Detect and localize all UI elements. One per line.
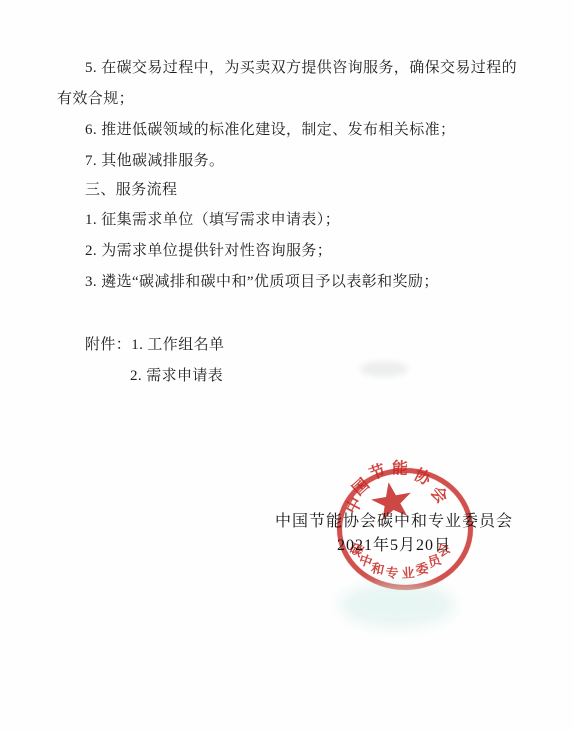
seal-bottom-char: 专 [385,562,399,582]
signature-org: 中国节能协会碳中和专业委员会 [254,508,534,531]
document-page: 5. 在碳交易过程中，为买卖双方提供咨询服务，确保交易过程的 有效合规； 6. … [0,0,573,732]
seal-top-char: 能 [391,455,408,479]
seal-bottom-char: 业 [401,562,415,582]
seal-bottom-char: 委 [414,557,431,578]
seal-top-char: 会 [426,480,454,507]
seal-bottom-char: 和 [370,557,387,578]
seal-top-char: 协 [411,462,436,490]
seal-top-char: 节 [366,457,389,484]
body-line-5b: 有效合规； [57,90,134,108]
body-line-5a: 5. 在碳交易过程中，为买卖双方提供咨询服务，确保交易过程的 [85,59,517,77]
flow-line-1: 1. 征集需求单位（填写需求申请表）； [85,211,340,229]
body-line-7: 7. 其他碳减排服务。 [85,152,224,170]
flow-line-2: 2. 为需求单位提供针对性咨询服务； [85,242,332,260]
section-heading: 三、服务流程 [85,181,177,199]
attachment-line-1: 附件：1. 工作组名单 [85,336,224,354]
scan-smudge [360,361,408,377]
signature-date: 2021年5月20日 [254,532,534,555]
seal-top-char: 国 [346,472,373,500]
flow-line-3: 3. 遴选“碳减排和碳中和”优质项目予以表彰和奖励； [85,273,439,291]
official-seal: 中 国 节 能 协 会 碳 中 和 专 业 委 员 会 [0,0,573,732]
scan-smudge [340,583,455,627]
body-line-6: 6. 推进低碳领域的标准化建设，制定、发布相关标准； [85,121,455,139]
attachment-line-2: 2. 需求申请表 [130,367,223,385]
